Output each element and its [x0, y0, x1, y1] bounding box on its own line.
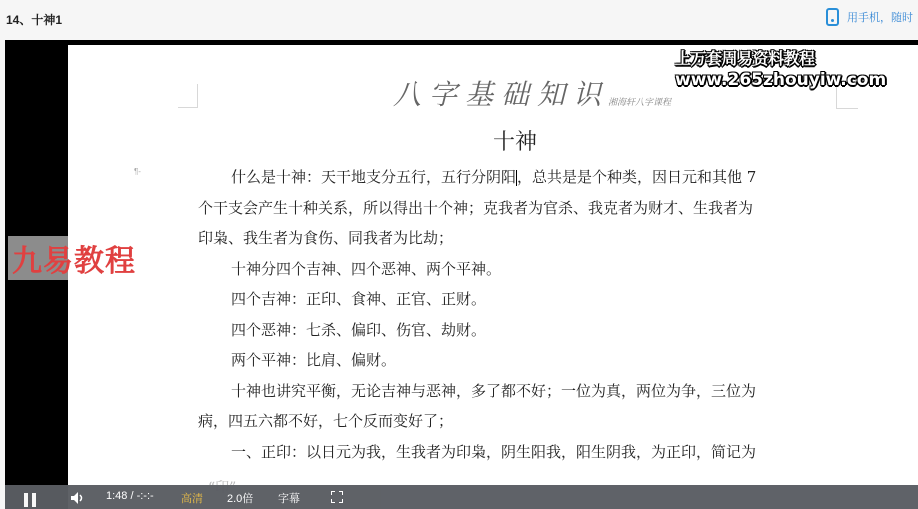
- text-line: 印枭、我生者为食伤、同我者为比劫；: [198, 223, 848, 254]
- quality-button[interactable]: 高清: [181, 490, 203, 506]
- pause-icon[interactable]: [24, 493, 36, 507]
- volume-icon[interactable]: [70, 491, 84, 505]
- text-line: 什么是十神：天干地支分五行，五行分阴阳，总共是是个种类，因日元和其他 7: [198, 162, 848, 193]
- mobile-watch-link[interactable]: 用手机，随时: [826, 8, 913, 26]
- watermark-top: 上万套周易资料教程: [675, 46, 815, 69]
- player-controls: 1:48 / -:-:- 高清 2.0倍 字幕: [5, 485, 918, 509]
- paragraph-marker-icon: ¶-: [134, 167, 141, 176]
- watermark-url: www.265zhouyiw.com: [675, 70, 886, 90]
- course-title: 14、十神1: [6, 11, 62, 28]
- text-line: 四个吉神：正印、食神、正官、正财。: [198, 284, 848, 315]
- text-segment: 什么是十神：天干地支分五行，五行分阴阳: [231, 168, 516, 186]
- phone-icon: [826, 8, 839, 26]
- speed-button[interactable]: 2.0倍: [227, 490, 253, 506]
- fullscreen-icon[interactable]: [331, 491, 343, 503]
- text-line: 个干支会产生十种关系，所以得出十个神；克我者为官杀、我克者为财才、生我者为: [198, 193, 848, 224]
- text-segment: ，总共是是个种类，因日元和其他 7: [517, 168, 756, 186]
- text-line: 病，四五六都不好，七个反而变好了；: [198, 406, 848, 437]
- text-line: 十神也讲究平衡，无论吉神与恶神，多了都不好；一位为真，两位为争，三位为: [198, 376, 848, 407]
- page-corner-mark: [178, 84, 198, 108]
- mobile-link-label: 用手机，随时: [847, 9, 913, 25]
- video-player[interactable]: 八字基础知识 湘海轩八字课程 十神 ¶- 什么是十神：天干地支分五行，五行分阴阳…: [5, 40, 918, 509]
- text-line: 四个恶神：七杀、偏印、伤官、劫财。: [198, 315, 848, 346]
- text-line: 一、正印：以日元为我，生我者为印枭，阴生阳我，阳生阴我，为正印，简记为: [198, 437, 848, 468]
- banner-subtitle: 湘海轩八字课程: [608, 95, 671, 108]
- text-line: 十神分四个吉神、四个恶神、两个平神。: [198, 254, 848, 285]
- document-body: 什么是十神：天干地支分五行，五行分阴阳，总共是是个种类，因日元和其他 7 个干支…: [198, 162, 848, 467]
- subtitles-button[interactable]: 字幕: [278, 490, 300, 506]
- top-bar: 14、十神1 用手机，随时: [0, 0, 918, 40]
- banner-title: 八字基础知识: [393, 73, 609, 113]
- text-line: 两个平神：比肩、偏财。: [198, 345, 848, 376]
- document-page: 八字基础知识 湘海轩八字课程 十神 ¶- 什么是十神：天干地支分五行，五行分阴阳…: [68, 45, 918, 509]
- watermark-logo: 九易教程: [8, 236, 140, 280]
- time-display: 1:48 / -:-:-: [106, 490, 154, 502]
- document-heading: 十神: [493, 125, 537, 156]
